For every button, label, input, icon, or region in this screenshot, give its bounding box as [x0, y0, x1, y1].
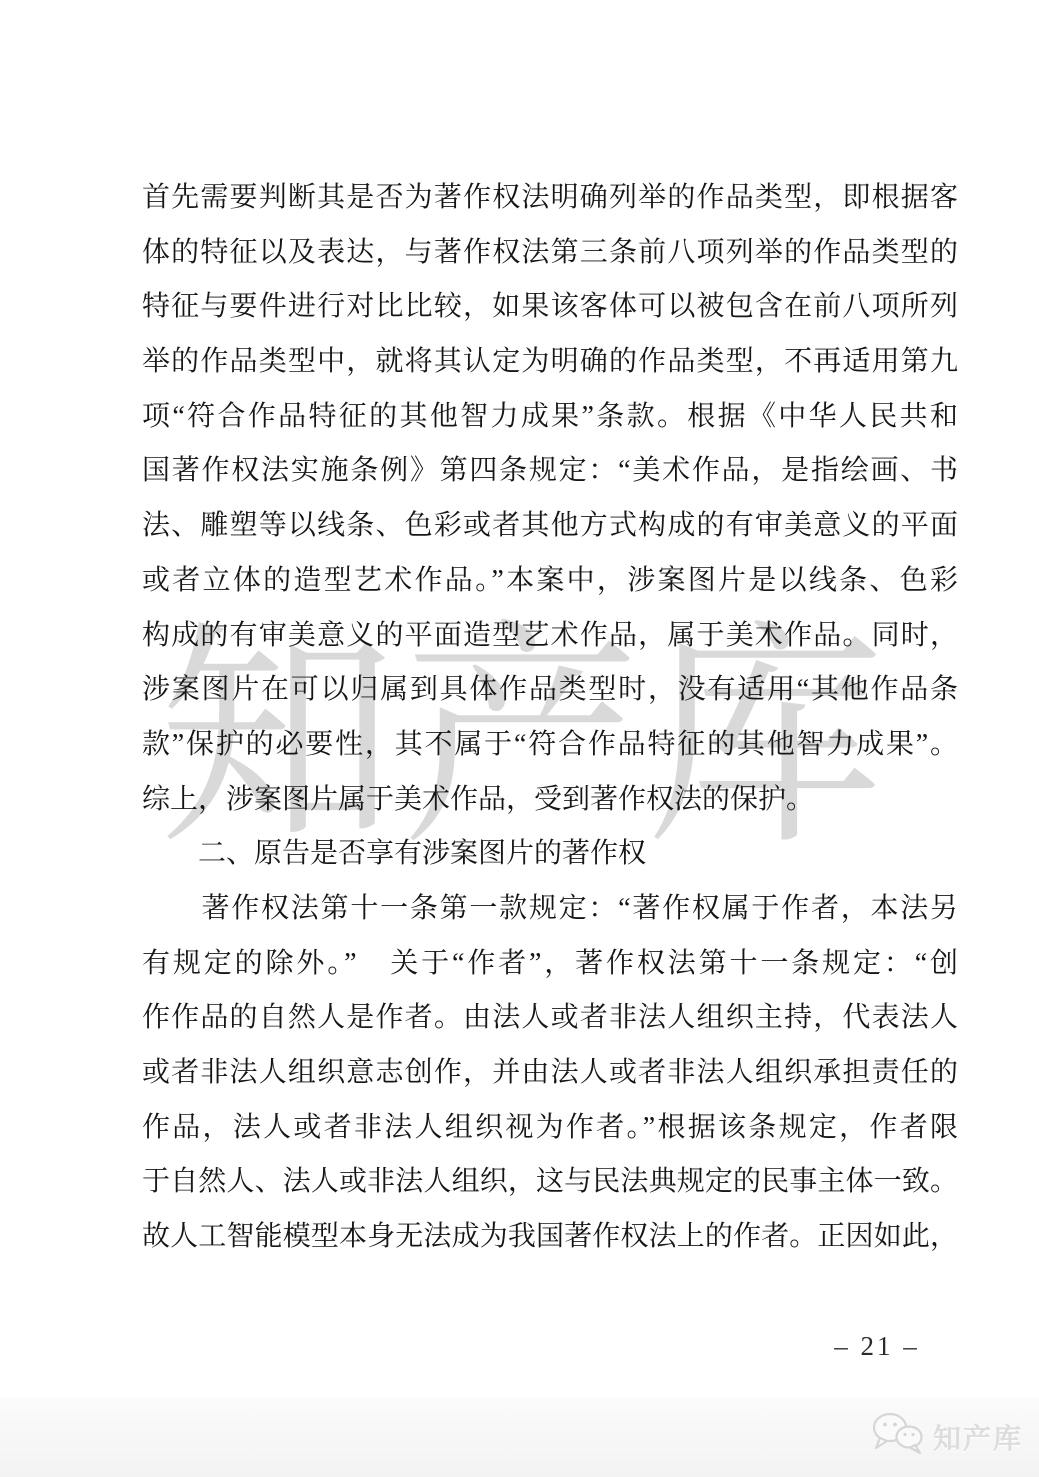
- body-line: 或者立体的造型艺术作品。”本案中，涉案图片是以线条、色彩: [142, 563, 958, 618]
- body-line: 法、雕塑等以线条、色彩或者其他方式构成的有审美意义的平面: [142, 508, 958, 563]
- body-line: 款”保护的必要性，其不属于“符合作品特征的其他智力成果”。: [142, 727, 958, 782]
- body-line: 作作品的自然人是作者。由法人或者非法人组织主持，代表法人: [142, 1000, 958, 1055]
- body-line: 构成的有审美意义的平面造型艺术作品，属于美术作品。同时，: [142, 618, 958, 673]
- page-number: – 21 –: [822, 1331, 932, 1362]
- wechat-icon: [870, 1411, 924, 1462]
- brand-logo: 知产库: [870, 1411, 1023, 1462]
- body-line: 综上，涉案图片属于美术作品，受到著作权法的保护。: [142, 782, 958, 837]
- body-line: 举的作品类型中，就将其认定为明确的作品类型，不再适用第九: [142, 344, 958, 399]
- body-line: 于自然人、法人或非法人组织，这与民法典规定的民事主体一致。: [142, 1164, 958, 1219]
- document-page: 知产库 首先需要判断其是否为著作权法明确列举的作品类型，即根据客 体的特征以及表…: [0, 0, 1039, 1477]
- body-line: 故人工智能模型本身无法成为我国著作权法上的作者。正因如此，: [142, 1219, 958, 1274]
- body-line: 特征与要件进行对比比较，如果该客体可以被包含在前八项所列: [142, 289, 958, 344]
- body-line: 国著作权法实施条例》第四条规定：“美术作品，是指绘画、书: [142, 453, 958, 508]
- body-line: 有规定的除外。” 关于“作者”，著作权法第十一条规定：“创: [142, 946, 958, 1001]
- body-line: 或者非法人组织意志创作，并由法人或者非法人组织承担责任的: [142, 1055, 958, 1110]
- body-line: 首先需要判断其是否为著作权法明确列举的作品类型，即根据客: [142, 180, 958, 235]
- document-body: 首先需要判断其是否为著作权法明确列举的作品类型，即根据客 体的特征以及表达，与著…: [142, 180, 958, 1274]
- body-line: 作品，法人或者非法人组织视为作者。”根据该条规定，作者限: [142, 1110, 958, 1165]
- section-heading: 二、原告是否享有涉案图片的著作权: [142, 836, 958, 891]
- footer-bar: 知产库: [0, 1397, 1039, 1477]
- body-line: 涉案图片在可以归属到具体作品类型时，没有适用“其他作品条: [142, 672, 958, 727]
- body-line: 项“符合作品特征的其他智力成果”条款。根据《中华人民共和: [142, 399, 958, 454]
- brand-name: 知产库: [933, 1417, 1023, 1457]
- body-line: 著作权法第十一条第一款规定：“著作权属于作者，本法另: [142, 891, 958, 946]
- body-line: 体的特征以及表达，与著作权法第三条前八项列举的作品类型的: [142, 235, 958, 290]
